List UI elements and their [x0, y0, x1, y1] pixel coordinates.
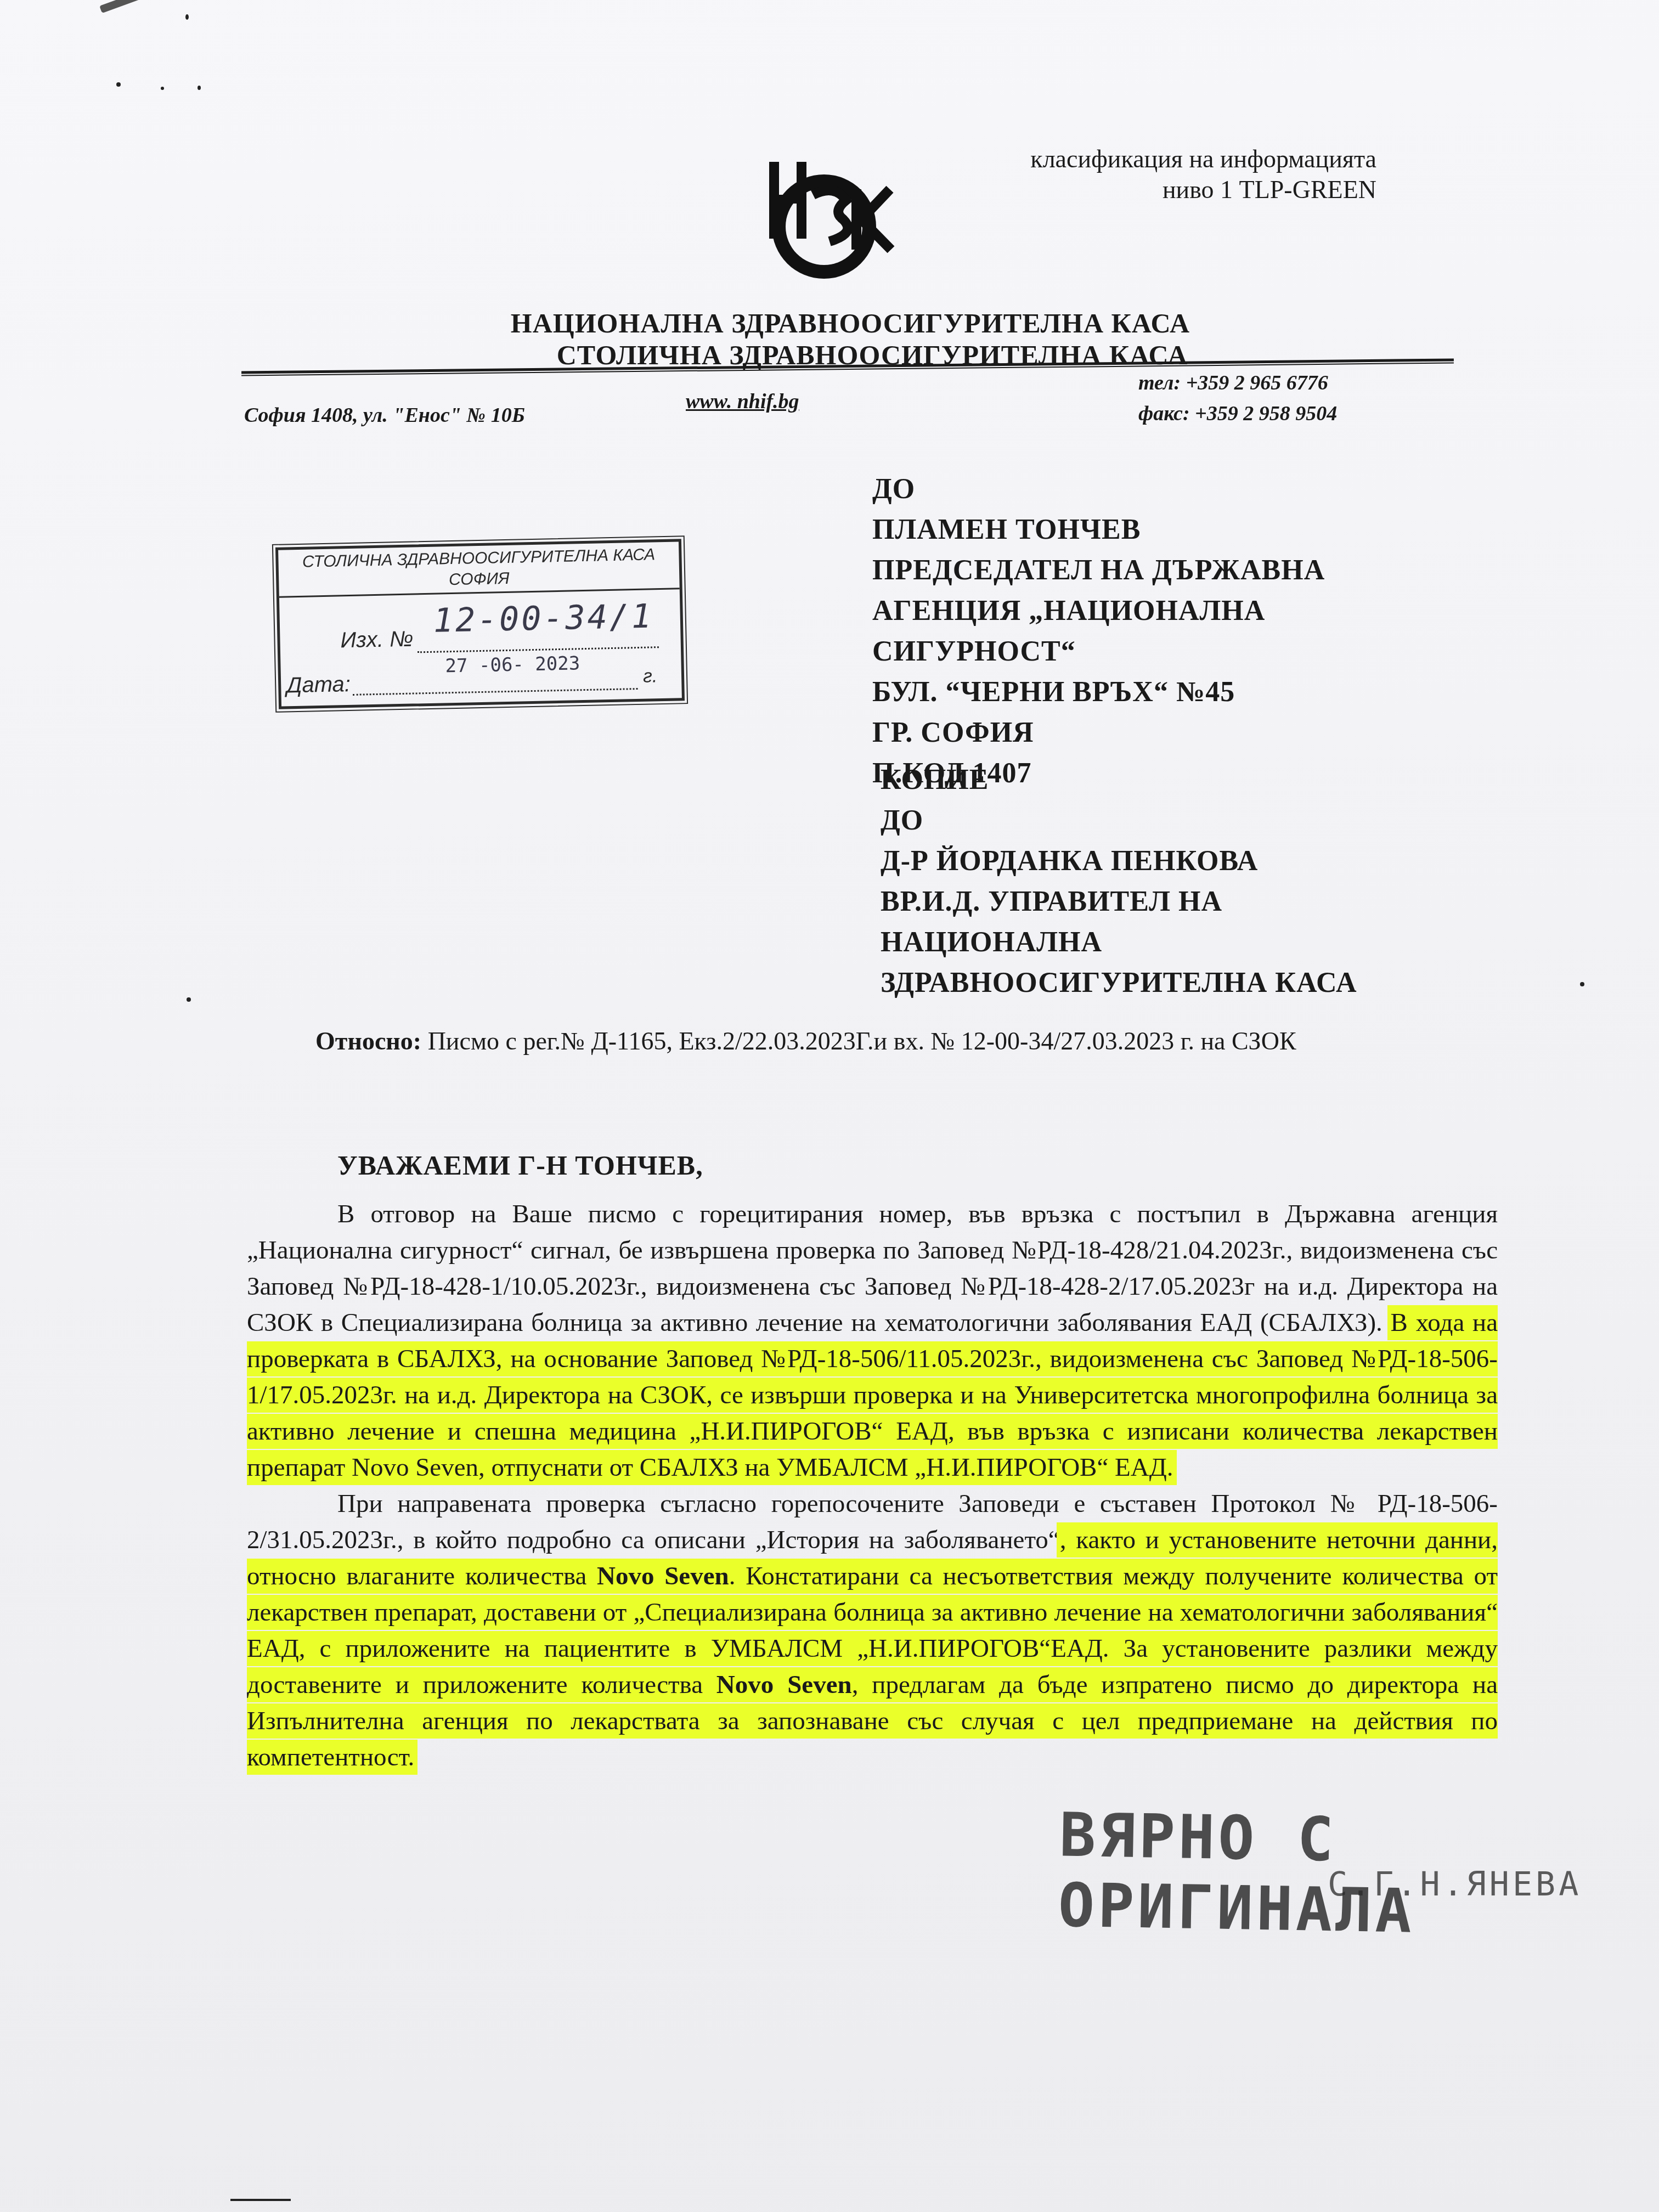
- letter-body: В отговор на Ваше писмо с горецитирания …: [247, 1196, 1498, 1775]
- classification-label: класификация на информацията ниво 1 TLP-…: [1030, 144, 1376, 205]
- pen-tip-edge: [99, 0, 164, 13]
- org-address: София 1408, ул. "Енос" № 10Б: [244, 403, 525, 427]
- stamp-outgoing-number: 12-00-34/1: [433, 597, 654, 640]
- drug-name: Novo Seven: [716, 1671, 852, 1699]
- paragraph-2-highlighted: , както и установените неточни данни, от…: [247, 1526, 1498, 1771]
- subject-text: Писмо с рег.№ Д-1165, Екз.2/22.03.2023Г.…: [428, 1027, 1296, 1055]
- stamp-outgoing-label: Изх. №: [340, 627, 414, 653]
- copy-line: ЗДРАВНООСИГУРИТЕЛНА КАСА: [881, 963, 1357, 1003]
- copy-line: КОПИЕ: [881, 760, 1357, 800]
- recipient-line: ПРЕДСЕДАТЕЛ НА ДЪРЖАВНА: [872, 550, 1325, 591]
- recipient-block: ДО ПЛАМЕН ТОНЧЕВ ПРЕДСЕДАТЕЛ НА ДЪРЖАВНА…: [872, 469, 1325, 794]
- stamp-title: СТОЛИЧНА ЗДРАВНООСИГУРИТЕЛНА КАСА СОФИЯ: [278, 541, 680, 597]
- organization-header: НАЦИОНАЛНА ЗДРАВНООСИГУРИТЕЛНА КАСА СТОЛ…: [466, 307, 1234, 371]
- recipient-line: БУЛ. “ЧЕРНИ ВРЪХ“ №45: [872, 672, 1325, 713]
- copy-line: ДО: [881, 800, 1357, 841]
- org-phone: тел: +359 2 965 6776: [1138, 368, 1337, 398]
- copy-to-block: КОПИЕ ДО Д-Р ЙОРДАНКА ПЕНКОВА ВР.И.Д. УП…: [881, 760, 1357, 1003]
- copy-line: НАЦИОНАЛНА: [881, 922, 1357, 963]
- drug-name: Novo Seven: [597, 1562, 729, 1590]
- org-name-national: НАЦИОНАЛНА ЗДРАВНООСИГУРИТЕЛНА КАСА: [466, 307, 1234, 339]
- classification-level: ниво 1 TLP-GREEN: [1030, 174, 1376, 205]
- recipient-line: СИГУРНОСТ“: [872, 631, 1325, 672]
- document-page: класификация на информацията ниво 1 TLP-…: [0, 0, 1659, 2212]
- classification-line1: класификация на информацията: [1030, 144, 1376, 174]
- registry-stamp: СТОЛИЧНА ЗДРАВНООСИГУРИТЕЛНА КАСА СОФИЯ …: [275, 539, 685, 709]
- org-fax: факс: +359 2 958 9504: [1138, 398, 1337, 429]
- subject-line: Относно: Писмо с рег.№ Д-1165, Екз.2/22.…: [247, 1023, 1498, 1059]
- stamp-date-value: 27 -06- 2023: [445, 652, 580, 677]
- recipient-line: ГР. СОФИЯ: [872, 713, 1325, 753]
- recipient-line: ДО: [872, 469, 1325, 510]
- subject-label: Относно:: [315, 1027, 421, 1055]
- recipient-line: ПЛАМЕН ТОНЧЕВ: [872, 510, 1325, 550]
- recipient-line: АГЕНЦИЯ „НАЦИОНАЛНА: [872, 591, 1325, 631]
- org-contacts: тел: +359 2 965 6776 факс: +359 2 958 95…: [1138, 368, 1337, 429]
- copy-line: ВР.И.Д. УПРАВИТЕЛ НА: [881, 882, 1357, 922]
- page-footer-mark: [230, 2199, 291, 2201]
- org-website-link[interactable]: www. nhif.bg: [686, 390, 799, 414]
- copy-line: Д-Р ЙОРДАНКА ПЕНКОВА: [881, 841, 1357, 882]
- nzok-logo-icon: [747, 162, 901, 283]
- paragraph-1: В отговор на Ваше писмо с горецитирания …: [247, 1196, 1498, 1486]
- paragraph-2: При направената проверка съгласно горепо…: [247, 1486, 1498, 1775]
- salutation: УВАЖАЕМИ Г-Н ТОНЧЕВ,: [337, 1149, 703, 1181]
- paragraph-1-text: В отговор на Ваше писмо с горецитирания …: [247, 1200, 1498, 1337]
- stamp-date-label: Дата:: [286, 672, 351, 698]
- stamp-year-suffix: г.: [643, 665, 658, 687]
- certification-stamp-signer: С.Г.Н.ЯНЕВА: [1328, 1865, 1582, 1904]
